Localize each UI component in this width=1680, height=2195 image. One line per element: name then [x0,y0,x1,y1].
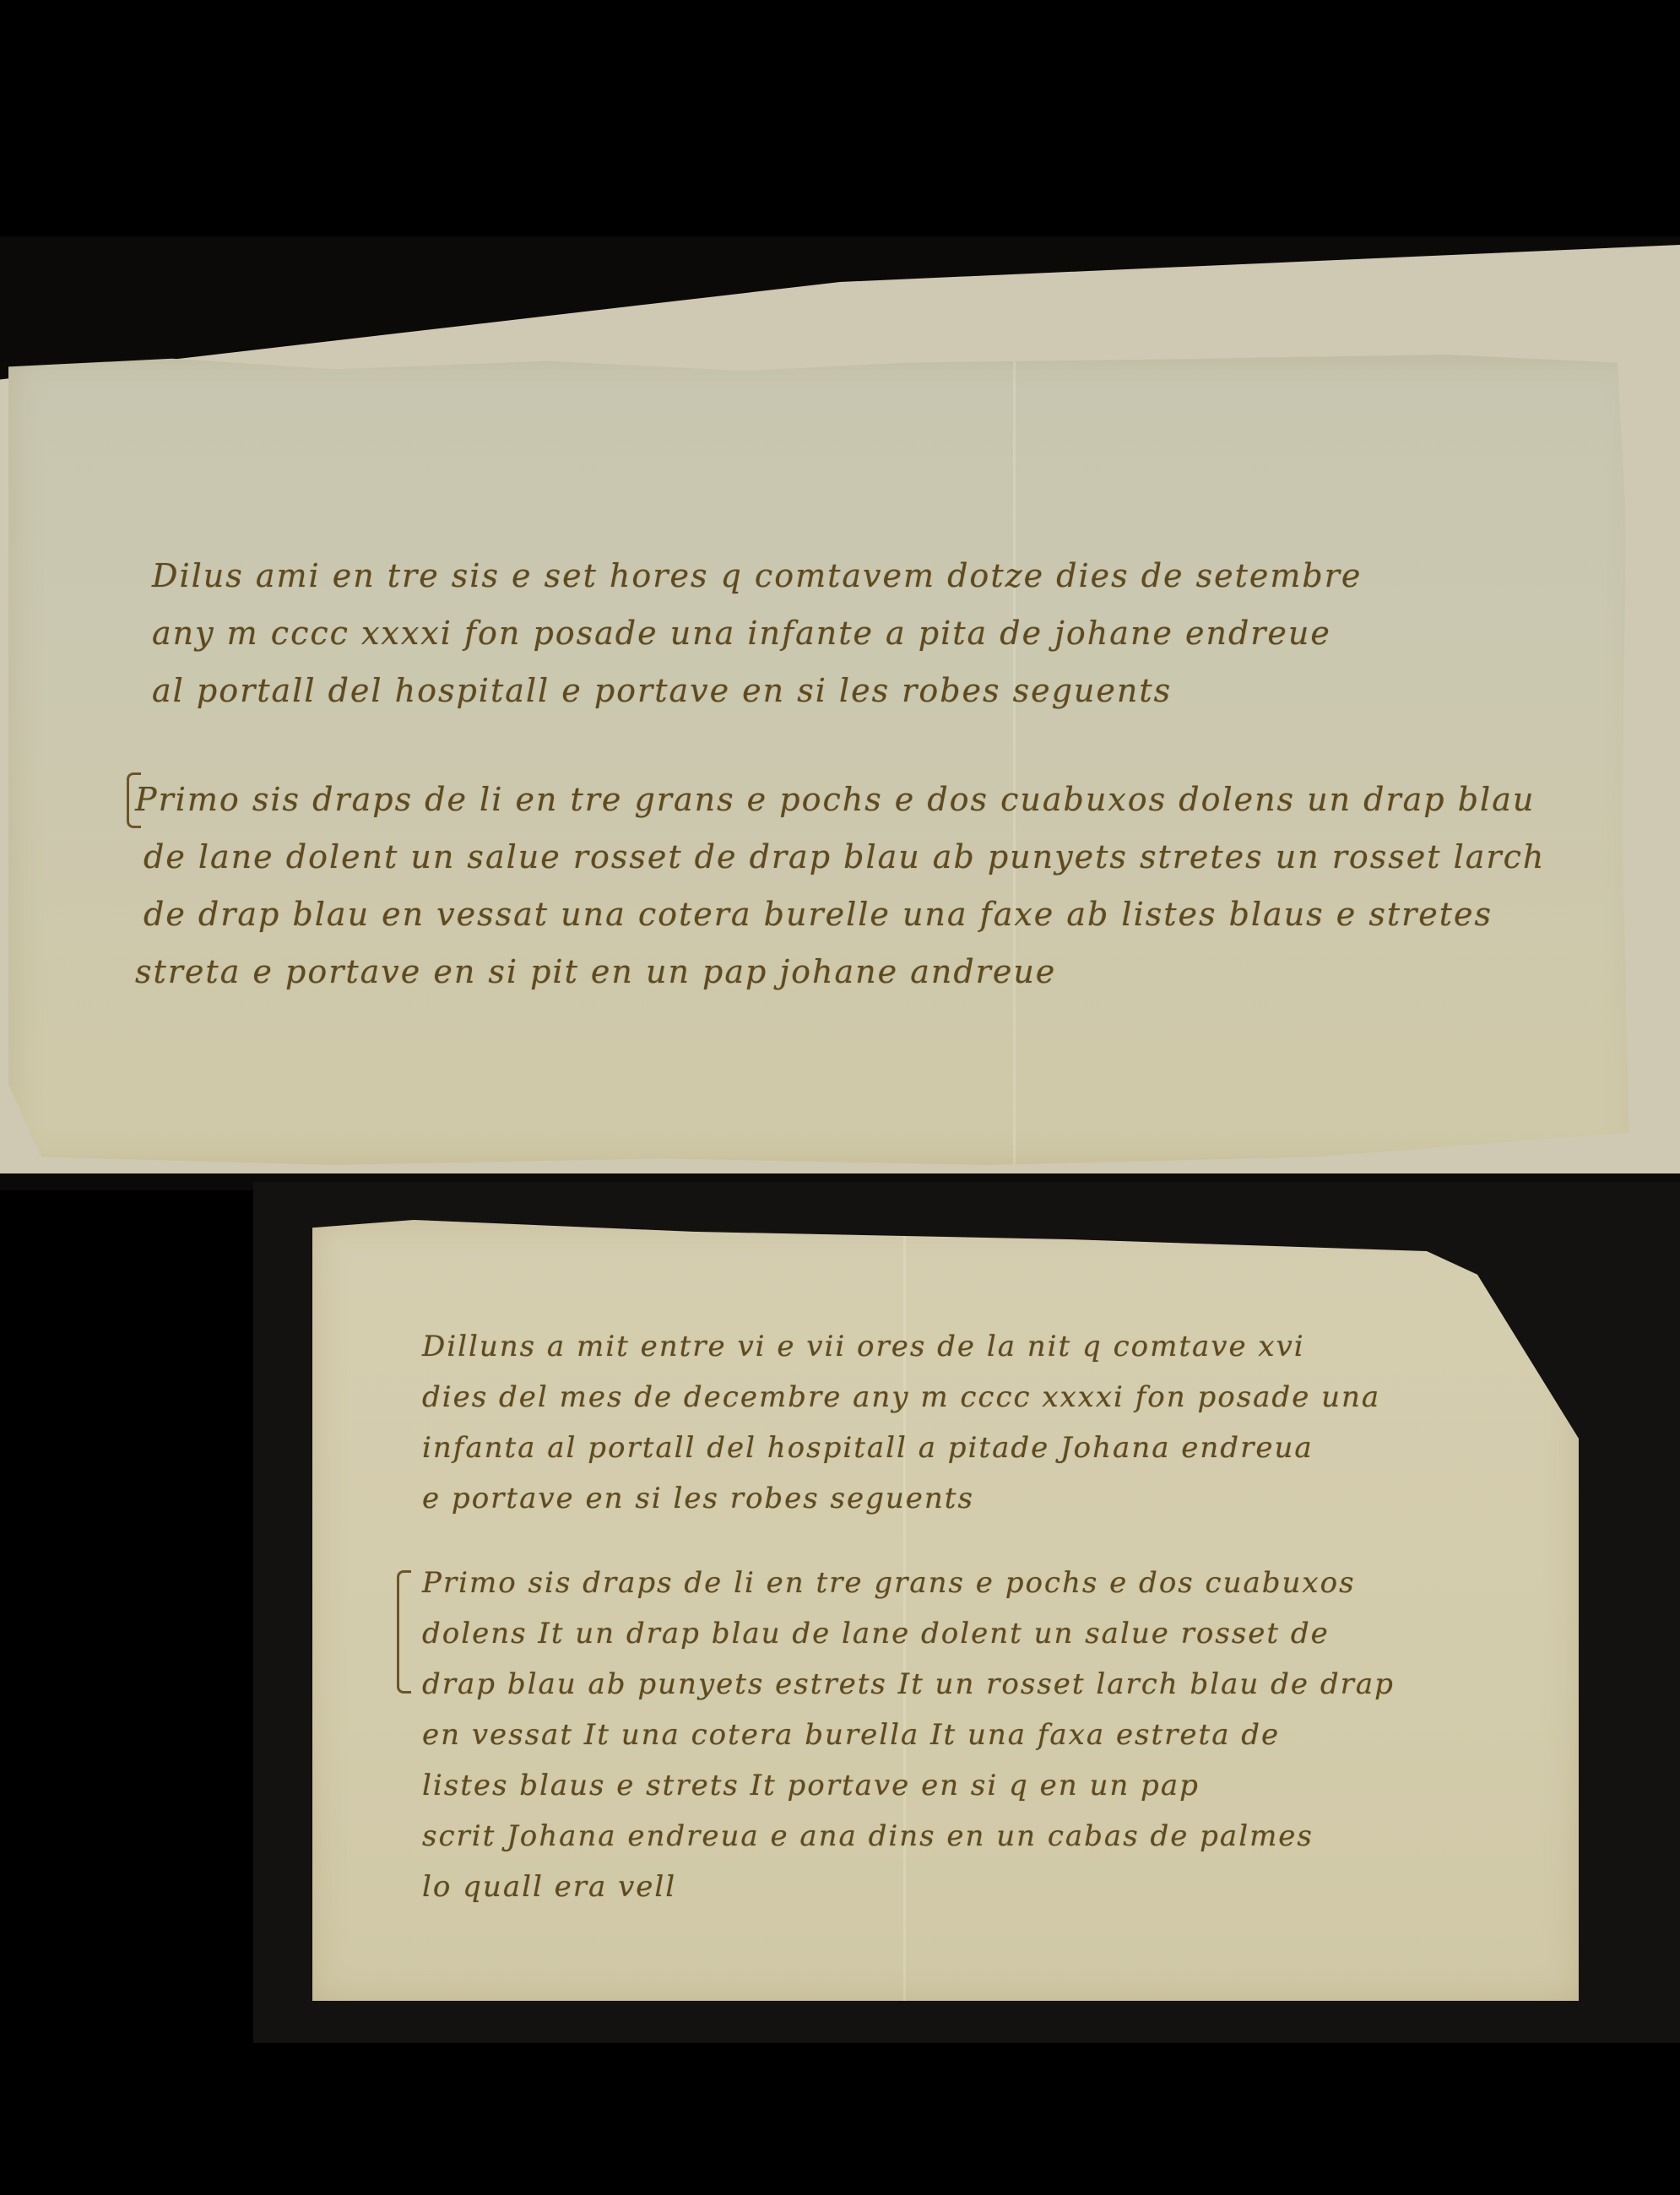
manuscript-sheet-1: Dilus ami en tre sis e set hores q comta… [8,355,1642,1165]
doc2-p1-line-1: Dilluns a mit entre vi e vii ores de la … [422,1330,1305,1363]
doc2-p2-line-3: drap blau ab punyets estrets It un rosse… [422,1667,1395,1701]
doc1-p2-line-3: de drap blau en vessat una cotera burell… [144,896,1493,933]
doc2-p1-line-4: e portave en si les robes seguents [422,1482,974,1515]
doc2-p2-line-5: listes blaus e strets It portave en si q… [422,1769,1200,1802]
doc1-p1-line-3: al portall del hospitall e portave en si… [152,672,1172,709]
doc1-p2-line-4: streta e portave en si pit en un pap joh… [135,953,1056,990]
doc1-p1-line-1: Dilus ami en tre sis e set hores q comta… [152,557,1362,594]
doc2-p2-line-2: dolens It un drap blau de lane dolent un… [422,1617,1330,1650]
doc2-p2-line-7: lo quall era vell [422,1870,676,1904]
doc2-p1-line-2: dies del mes de decembre any m cccc xxxx… [422,1380,1380,1414]
doc2-p2-line-6: scrit Johana endreua e ana dins en un ca… [422,1819,1314,1853]
doc2-p2-line-1: Primo sis draps de li en tre grans e poc… [422,1566,1356,1600]
doc2-p2-line-4: en vessat It una cotera burella It una f… [422,1718,1280,1752]
paper-fold-line [1013,355,1016,1165]
doc1-p2-line-1: Primo sis draps de li en tre grans e poc… [135,781,1535,818]
doc1-p1-line-2: any m cccc xxxxi fon posade una infante … [152,615,1331,652]
doc1-p2-line-2: de lane dolent un salue rosset de drap b… [144,838,1545,875]
doc2-p1-line-3: infanta al portall del hospitall a pitad… [422,1431,1314,1465]
paragraph-bracket-mark [397,1570,411,1694]
manuscript-sheet-2: Dilluns a mit entre vi e vii ores de la … [312,1220,1579,2001]
